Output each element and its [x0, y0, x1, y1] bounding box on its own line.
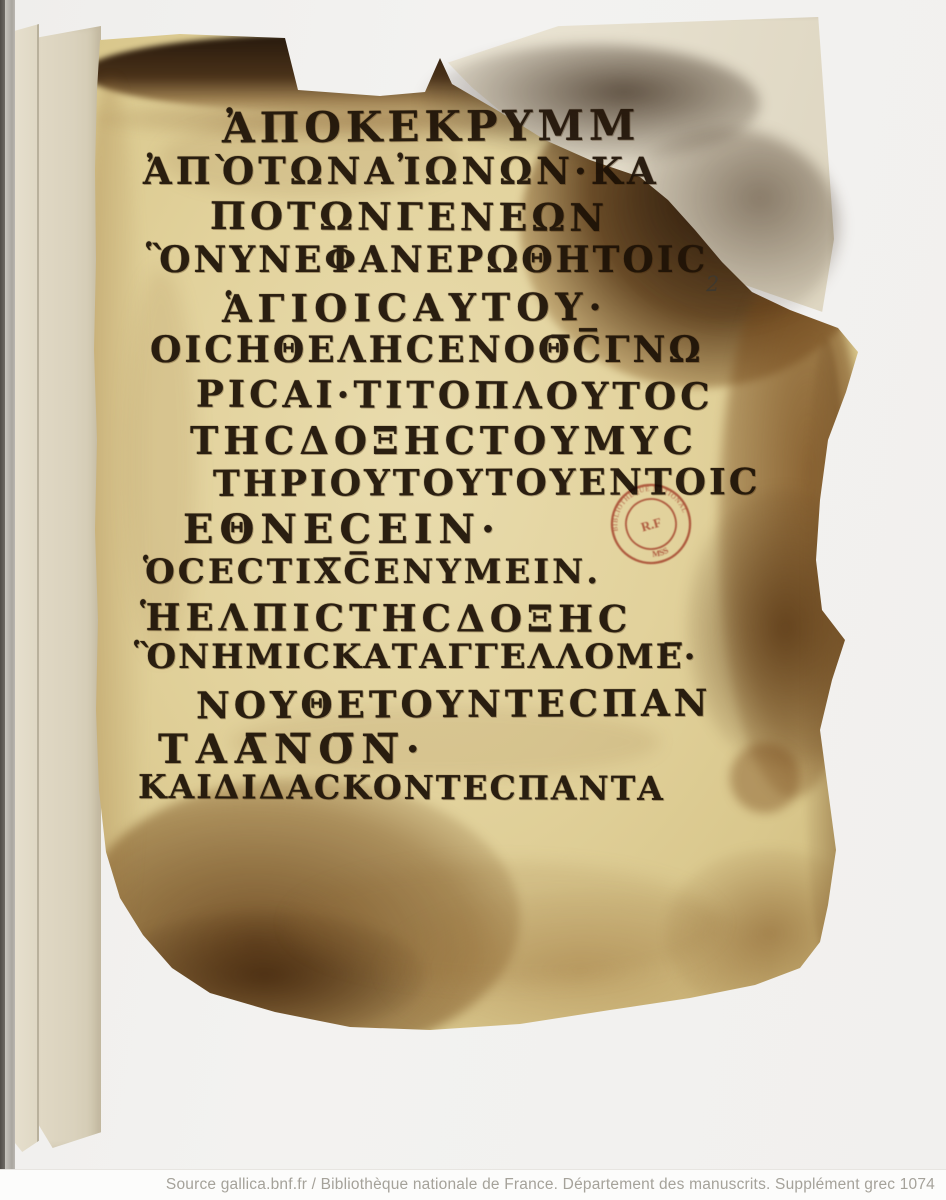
- manuscript-text-line: ΝΟΥΘΕΤΟΥΝΤΕCΠΑΝ: [196, 681, 712, 728]
- manuscript-text-line: ΡΙCΑΙ·ΤΙΤΟΠΛΟΥΤΟC: [196, 372, 714, 419]
- stamp-center-text: R.F: [639, 514, 663, 534]
- manuscript-text-line: ὉCΕCΤΙΧ̅C̅ΕΝΥΜΕΙΝ.: [143, 552, 601, 592]
- manuscript-text-line: ΤΑΑ̅Ν̅Ο̅Ν̅·: [158, 726, 428, 773]
- bleedthrough-smudge: [290, 863, 720, 983]
- folio-number: 2: [706, 272, 720, 296]
- attribution-bar: Source gallica.bnf.fr / Bibliothèque nat…: [0, 1169, 946, 1200]
- manuscript-text-line: ἩΕΛΠΙCΤΗCΔΟΞΗC: [140, 595, 633, 641]
- manuscript-text-line: ΠΟΤΩΝΓΕΝΕΩΝ: [210, 193, 608, 240]
- stain-right-middle: [685, 488, 885, 768]
- ink-spot: [730, 743, 800, 813]
- manuscript-text-line: ἉΓΙΟΙCΑΥΤΟΥ·: [222, 284, 608, 331]
- manuscript-text-line: ΤΗCΔΟΞΗCΤΟΥΜΥC: [190, 418, 698, 463]
- attribution-text: Source gallica.bnf.fr / Bibliothèque nat…: [166, 1176, 946, 1194]
- manuscript-text-line: ὋΝΥΝΕΦΑΝΕΡΩΘΗΤΟΙC: [146, 239, 708, 281]
- manuscript-text-line: ΟΙCΗΘΕΛΗCΕΝΟΘ̅C̅ΓΝΩ: [150, 329, 704, 371]
- manuscript-text-line: ἈΠΟΚΕΚΡΥΜΜ: [222, 101, 641, 153]
- guard-page-edge: [15, 24, 39, 1152]
- manuscript-text-line: ὋΝΗΜΙCΚΑΤΑΓΓΕΛΛΟΜΕ̅·: [134, 637, 697, 677]
- manuscript-text-line: ἈΠῸΤΩΝΑἸΩΝΩΝ·ΚΑ: [143, 149, 660, 193]
- manuscript-scan: ἈΠΟΚΕΚΡΥΜΜ ἈΠῸΤΩΝΑἸΩΝΩΝ·ΚΑ ΠΟΤΩΝΓΕΝΕΩΝ Ὃ…: [0, 0, 946, 1200]
- parchment-leaf: ἈΠΟΚΕΚΡΥΜΜ ἈΠῸΤΩΝΑἸΩΝΩΝ·ΚΑ ΠΟΤΩΝΓΕΝΕΩΝ Ὃ…: [90, 18, 870, 1058]
- manuscript-text-line: ΕΘΝΕCΕΙΝ·: [183, 506, 501, 553]
- manuscript-text-line: ΚΑΙΔΙΔΑCΚΟΝΤΕCΠΑΝΤΑ: [138, 767, 665, 808]
- book-spine-strip: [5, 0, 15, 1172]
